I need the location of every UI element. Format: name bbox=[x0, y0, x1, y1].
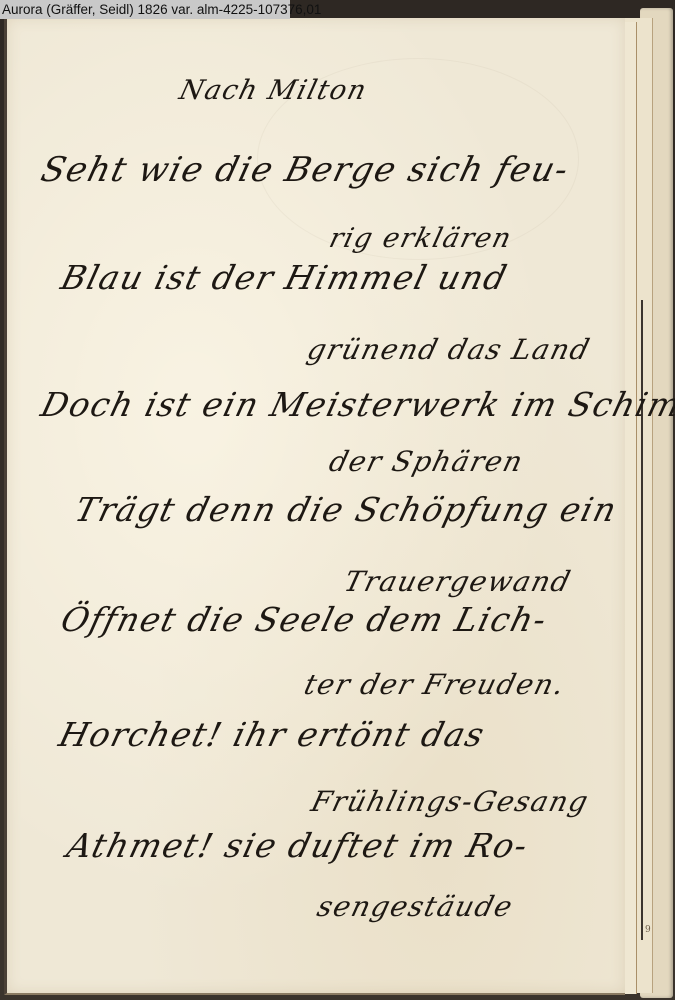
poem-title: Nach Milton bbox=[176, 75, 370, 106]
image-caption: Aurora (Gräffer, Seidl) 1826 var. alm-42… bbox=[0, 0, 290, 19]
poem-line: sengestäude bbox=[314, 890, 517, 923]
poem-line: ter der Freuden. bbox=[301, 668, 569, 701]
poem-line: Trauergewand bbox=[341, 565, 575, 598]
poem-line: Athmet! sie duftet im Ro- bbox=[63, 826, 533, 865]
poem-line: grünend das Land bbox=[304, 333, 594, 366]
poem-line: Blau ist der Himmel und bbox=[57, 258, 512, 297]
poem-line: rig erklären bbox=[326, 223, 515, 254]
poem-line: Frühlings-Gesang bbox=[308, 785, 593, 818]
poem-line: der Sphären bbox=[326, 445, 527, 478]
page-number: 9 bbox=[645, 925, 651, 935]
poem-line: Seht wie die Berge sich feu- bbox=[37, 150, 573, 190]
poem-line: Horchet! ihr ertönt das bbox=[55, 715, 489, 754]
poem-line: Doch ist ein Meisterwerk im Schim- bbox=[37, 385, 675, 424]
poem-line: Öffnet die Seele dem Lich- bbox=[57, 600, 551, 639]
poem-line: Trägt denn die Schöpfung ein bbox=[71, 490, 621, 529]
